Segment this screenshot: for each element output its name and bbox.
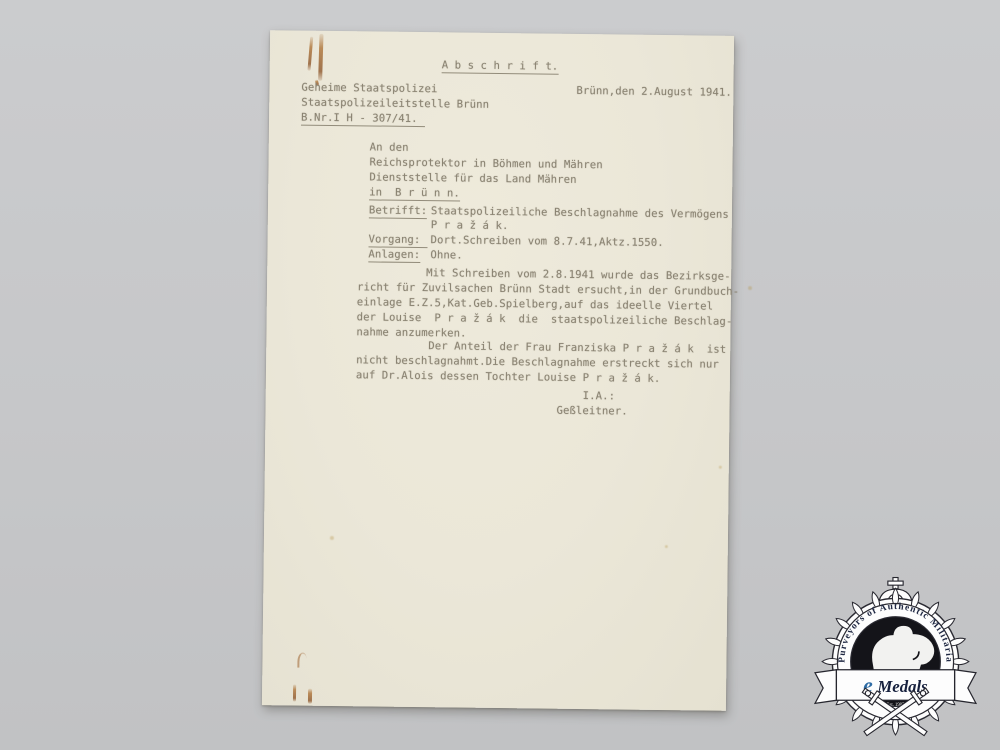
foxing-speck — [330, 536, 334, 540]
body-line: auf Dr.Alois dessen Tochter Louise P r a… — [356, 369, 661, 385]
enclosures-label: Anlagen: — [368, 248, 420, 263]
signature-name: Geßleitner. — [556, 405, 627, 418]
recipient-city: in B r ü n n. — [369, 186, 460, 201]
subject-label: Betrifft: — [369, 204, 427, 219]
signature-ia: I.A.: — [583, 390, 616, 402]
rust-stain-bottom-left — [293, 685, 296, 702]
subject-name: P r a ž á k. — [431, 219, 509, 232]
body-line: Mit Schreiben vom 2.8.1941 wurde das Bez… — [426, 267, 731, 283]
foxing-speck — [719, 466, 722, 469]
dateline: Brünn,den 2.August 1941. — [576, 85, 732, 99]
recipient-line: Dienststelle für das Land Mähren — [369, 171, 576, 186]
enclosures-text: Ohne. — [430, 249, 463, 261]
emedals-watermark-logo: Purveyors of Authentic Militaria e Medal… — [814, 576, 977, 739]
body-line: nahme anzumerken. — [356, 326, 466, 339]
body-line: richt für Zuvilsachen Brünn Stadt ersuch… — [357, 281, 739, 298]
reference-text: Dort.Schreiben vom 8.7.41,Aktz.1550. — [431, 234, 664, 249]
document-page: A b s c h r i f t. Geheime Staatspolizei… — [262, 30, 734, 711]
rust-stain-top-right — [318, 34, 323, 81]
document-title: A b s c h r i f t. — [442, 59, 559, 74]
body-line: der Louise P r a ž á k die staatspolizei… — [357, 311, 733, 328]
body-line: Der Anteil der Frau Franziska P r a ž á … — [428, 340, 726, 356]
sender-line1: Geheime Staatspolizei — [301, 82, 437, 96]
subject-text: Staatspolizeiliche Beschlagnahme des Ver… — [431, 205, 729, 221]
rust-stain-top-left — [307, 37, 313, 71]
body-line: einlage E.Z.5,Kat.Geb.Spielberg,auf das … — [357, 296, 713, 312]
rust-stain-bottom-arc — [297, 653, 306, 668]
body-line: nicht beschlagnahmt.Die Beschlagnahme er… — [356, 354, 719, 370]
recipient-line: Reichsprotektor in Böhmen und Mähren — [369, 156, 602, 171]
file-number: B.Nr.I H - 307/41. — [301, 112, 425, 128]
recipient-line: An den — [370, 141, 409, 153]
rust-stain-bottom-right — [308, 689, 312, 704]
photo-background: A b s c h r i f t. Geheime Staatspolizei… — [0, 0, 1000, 750]
foxing-speck — [748, 286, 752, 290]
foxing-speck — [665, 545, 668, 548]
sender-line2: Staatspolizeileitstelle Brünn — [301, 97, 489, 111]
reference-label: Vorgang: — [368, 233, 427, 248]
